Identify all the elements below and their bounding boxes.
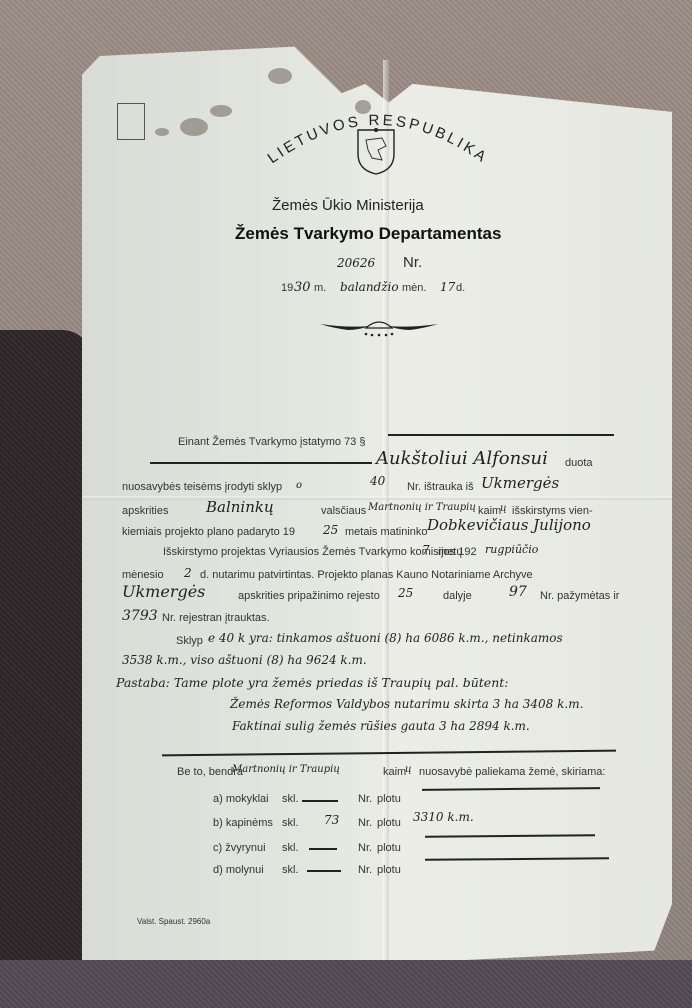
body-line-1: Einant Žemės Tvarkymo įstatymo 73 § [178,436,365,448]
registry-number: 3793 [122,608,158,624]
plot-number: 40 [370,474,385,488]
printer-imprint: Valst. Spaust. 2960a [137,917,210,926]
surveyor-name: Dobkevičiaus Julijono [427,516,591,534]
parish-name: Balninkų [206,498,274,516]
body-line-9: Nr. rejestran įtrauktas. [162,612,270,624]
corner-number-box [117,103,145,140]
dash-line [302,800,338,802]
village-name: Martnonių ir Traupių [368,502,476,513]
background-bottom-fabric [0,960,692,1008]
row-skl-value: 73 [324,813,339,827]
common-intro-hand-b: ų [405,764,411,775]
row-nr: Nr. [358,842,372,854]
row-skl: skl. [282,864,299,876]
row-nr: Nr. [358,864,372,876]
register-number: 97 [509,584,527,600]
row-label: d) molynui [213,864,264,876]
row-nr: Nr. [358,793,372,805]
common-intro-b: kaim [383,766,406,778]
body-line-7a: mėnesio [122,569,164,581]
commission-day: 2 [184,566,192,580]
body-line-10-print: Sklyp [176,635,203,647]
row-label: a) mokyklai [213,793,269,805]
register-part: 25 [398,586,413,600]
rule-line [388,434,614,436]
row-skl: skl. [282,817,299,829]
plot-area-line-2: 3538 k.m., viso aštuoni (8) ha 9624 k.m. [122,653,367,667]
county-name: Ukmergės [481,474,559,492]
date-year-hand: 30 [294,280,311,295]
body-line-3-hand-a: o [296,480,302,491]
common-village: Martnonių ir Traupių [232,764,340,775]
date-year-suffix: m. [314,282,326,294]
body-line-4b: valsčiaus [321,505,366,517]
ornament-wings-icon [318,316,440,338]
date-day-hand: 17 [440,280,455,294]
commission-month: rugpiūčio [485,543,538,556]
row-plotu: plotu [377,842,401,854]
row-plotu: plotu [377,817,401,829]
note-line-1: Pastaba: Tame plote yra žemės priedas iš… [116,675,508,690]
body-line-6b: metų [438,546,462,558]
body-line-7b: d. nutarimu patvirtintas. Projekto plana… [200,569,533,581]
row-label: b) kapinėms [213,817,273,829]
note-line-3: Faktinai sulig žemės rūšies gauta 3 ha 2… [232,719,530,733]
body-line-5b: metais matininko [345,526,428,538]
document-number-label: Nr. [403,254,422,271]
note-line-2: Žemės Reformos Valdybos nutarimu skirta … [230,697,583,711]
row-plotu: plotu [377,793,401,805]
row-nr: Nr. [358,817,372,829]
stain [180,118,208,136]
body-line-8a: apskrities pripažinimo rejesto [238,590,380,602]
body-line-2-duota: duota [565,457,593,469]
common-intro-c: nuosavybė paliekama žemė, skiriama: [419,766,605,778]
plan-year: 25 [323,523,338,537]
horizontal-fold [82,496,672,500]
stain [268,68,292,84]
stain [155,128,169,136]
row-value: 3310 k.m. [413,810,474,824]
row-label: c) žvyrynui [213,842,266,854]
ministry-title: Žemės Ūkio Ministerija [272,197,424,214]
owner-name: Aukštoliui Alfonsui [376,448,548,469]
date-day-label: d. [456,282,465,294]
document-number-value: 20626 [337,256,375,270]
plot-area-line-1: e 40 k yra: tinkamos aštuoni (8) ha 6086… [208,631,563,645]
row-skl: skl. [282,793,299,805]
department-title: Žemės Tvarkymo Departamentas [235,224,501,244]
commission-year: 7 [422,543,430,557]
coat-of-arms-icon [352,124,400,176]
body-line-4-hand-c: ų [500,503,506,514]
body-line-4a: apskrities [122,505,168,517]
date-month-hand: balandžio [340,280,399,294]
body-line-3a: nuosavybės teisėms įrodyti sklyp [122,481,282,493]
background-dark-fabric [0,330,92,1008]
rule-line [150,462,372,464]
body-line-8b: dalyje [443,590,472,602]
stain [210,105,232,117]
body-line-5a: kiemiais projekto plano padaryto 19 [122,526,295,538]
row-plotu: plotu [377,864,401,876]
date-month-label: mėn. [402,282,426,294]
archive-county: Ukmergės [122,582,205,601]
date-year-prefix: 19 [281,282,293,294]
dash-line [307,870,341,872]
dash-line [309,848,337,850]
row-skl: skl. [282,842,299,854]
body-line-8c: Nr. pažymėtas ir [540,590,619,602]
body-line-3b: Nr. ištrauka iš [407,481,474,493]
